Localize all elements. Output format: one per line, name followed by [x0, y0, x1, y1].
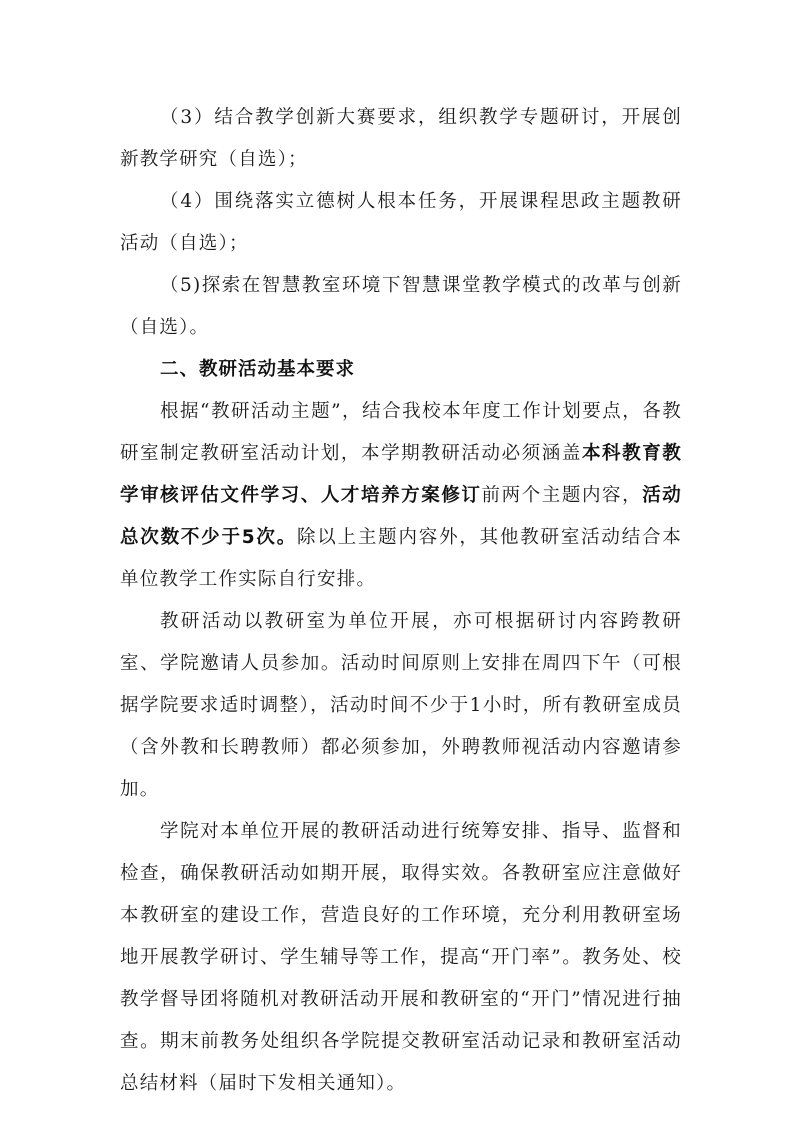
document-page: （3）结合教学创新大赛要求，组织教学专题研讨，开展创新教学研究（自选）； （4）… — [120, 97, 682, 1105]
list-item-3: （3）结合教学创新大赛要求，组织教学专题研讨，开展创新教学研究（自选）； — [120, 97, 682, 181]
paragraph-organization: 教研活动以教研室为单位开展，亦可根据研讨内容跨教研室、学院邀请人员参加。活动时间… — [120, 601, 682, 811]
list-item-4: （4）围绕落实立德树人根本任务，开展课程思政主题教研活动（自选）； — [120, 181, 682, 265]
paragraph-text: 前两个主题内容， — [482, 485, 643, 506]
paragraph-activity-plan: 根据“教研活动主题”，结合我校本年度工作计划要点，各教研室制定教研室活动计划，本… — [120, 391, 682, 601]
section-heading: 二、教研活动基本要求 — [120, 349, 682, 391]
list-item-5: （5)探索在智慧教室环境下智慧课堂教学模式的改革与创新（自选）。 — [120, 265, 682, 349]
paragraph-supervision: 学院对本单位开展的教研活动进行统筹安排、指导、监督和检查，确保教研活动如期开展，… — [120, 811, 682, 1105]
